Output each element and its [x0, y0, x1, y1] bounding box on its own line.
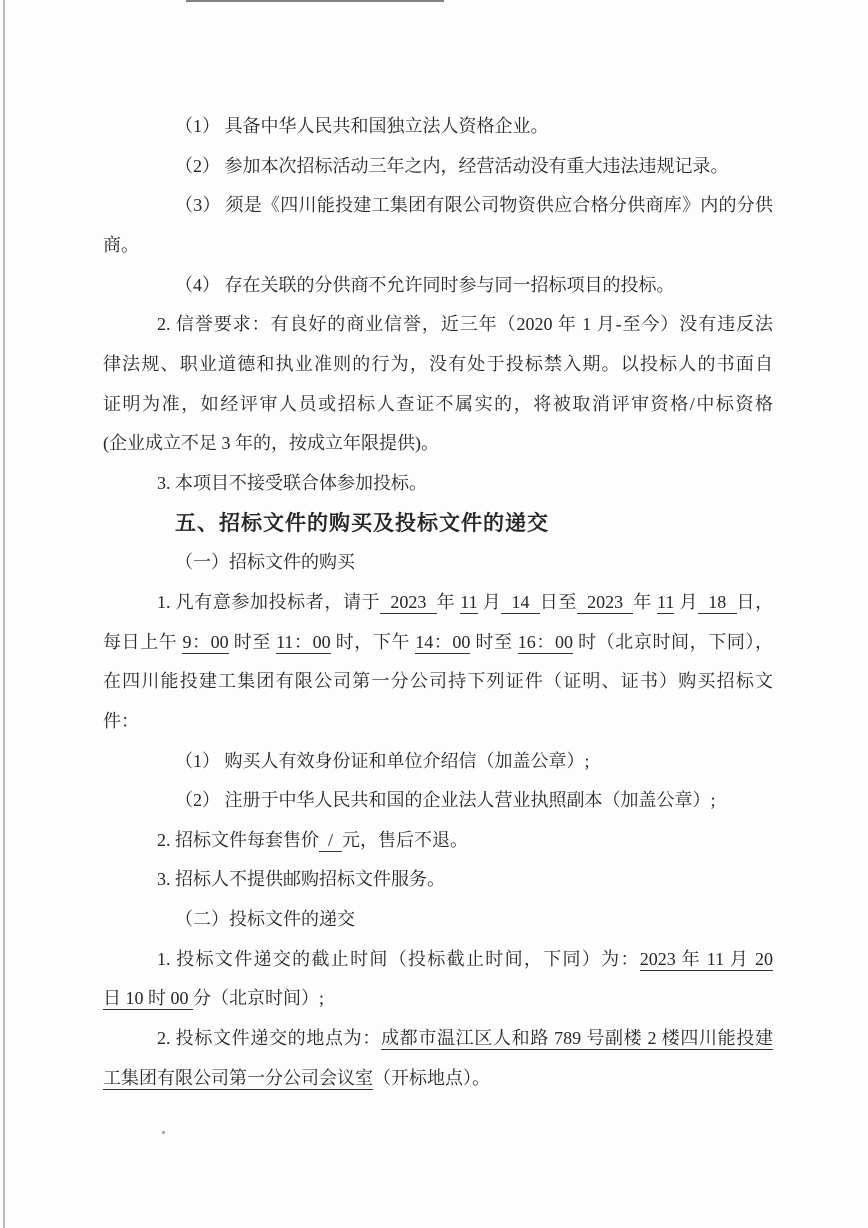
text-line: 1. 投标文件递交的截止时间（投标截止时间，下同）为：2023 年 11 月 2…: [103, 940, 773, 980]
text-line: 3. 本项目不接受联合体参加投标。: [103, 464, 773, 504]
text-line: 1. 凡有意参加投标者，请于 2023 年 11 月 14 日至 2023 年 …: [103, 583, 773, 623]
text-line: 3. 招标人不提供邮购招标文件服务。: [103, 860, 773, 900]
text-segment: 3. 招标人不提供邮购招标文件服务。: [157, 869, 445, 889]
text-segment: （1） 购买人有效身份证和单位介绍信（加盖公章）;: [175, 751, 590, 771]
text-segment: 日至: [540, 592, 577, 612]
text-line: （二）投标文件的递交: [103, 900, 773, 940]
text-segment: 2. 投标文件递交的地点为：: [157, 1028, 381, 1048]
underlined-text: 11: [657, 592, 674, 614]
underlined-text: 11: [460, 592, 477, 614]
text-segment: 2. 信誉要求：有良好的商业信誉，近三年（2020 年 1 月-至今）没有违反法: [157, 314, 773, 334]
text-segment: 3. 本项目不接受联合体参加投标。: [157, 473, 427, 493]
scan-edge-artifact-top: [186, 0, 444, 2]
text-line: 商。: [103, 226, 773, 266]
text-segment: （2） 注册于中华人民共和国的企业法人营业执照副本（加盖公章）;: [175, 790, 716, 810]
document-body: （1） 具备中华人民共和国独立法人资格企业。（2） 参加本次招标活动三年之内，经…: [103, 107, 773, 1098]
text-line: （1） 购买人有效身份证和单位介绍信（加盖公章）;: [103, 742, 773, 782]
text-line: 日 10 时 00 分（北京时间）;: [103, 979, 773, 1019]
underlined-text: 9：00: [182, 632, 228, 654]
text-line: （3） 须是《四川能投建工集团有限公司物资供应合格分供商库》内的分供: [103, 186, 773, 226]
text-line: 证明为准，如经评审人员或招标人查证不属实的，将被取消评审资格/中标资格: [103, 385, 773, 425]
text-segment: 2. 招标文件每套售价: [157, 830, 319, 850]
text-line: 在四川能投建工集团有限公司第一分公司持下列证件（证明、证书）购买招标文: [103, 662, 773, 702]
text-segment: 1. 凡有意参加投标者，请于: [157, 592, 380, 612]
scan-speck-artifact: [162, 1131, 165, 1134]
underlined-text: 2023: [380, 592, 436, 614]
text-segment: 五、招标文件的购买及投标文件的递交: [175, 512, 549, 535]
underlined-text: 2023 年 11 月 20: [640, 949, 773, 971]
text-line: （4） 存在关联的分供商不允许同时参与同一招标项目的投标。: [103, 266, 773, 306]
text-segment: （一）招标文件的购买: [175, 552, 355, 572]
underlined-text: 日 10 时 00: [103, 988, 193, 1010]
text-segment: （1） 具备中华人民共和国独立法人资格企业。: [175, 116, 549, 136]
text-segment: 每日上午: [103, 632, 182, 652]
text-segment: （3） 须是《四川能投建工集团有限公司物资供应合格分供商库》内的分供: [175, 195, 773, 215]
text-segment: 日，: [737, 592, 774, 612]
document-page: { "page": { "background": "#fdfdfe", "te…: [0, 0, 868, 1228]
underlined-text: /: [319, 830, 342, 852]
text-segment: 月: [478, 592, 502, 612]
section-heading: 五、招标文件的购买及投标文件的递交: [103, 504, 773, 544]
text-segment: 1. 投标文件递交的截止时间（投标截止时间，下同）为：: [157, 949, 640, 969]
text-line: （1） 具备中华人民共和国独立法人资格企业。: [103, 107, 773, 147]
text-line: (企业成立不足 3 年的，按成立年限提供)。: [103, 424, 773, 464]
text-line: 2. 投标文件递交的地点为：成都市温江区人和路 789 号副楼 2 楼四川能投建: [103, 1019, 773, 1059]
text-segment: （二）投标文件的递交: [175, 909, 355, 929]
text-line: （2） 参加本次招标活动三年之内，经营活动没有重大违法违规记录。: [103, 147, 773, 187]
text-segment: （2） 参加本次招标活动三年之内，经营活动没有重大违法违规记录。: [175, 156, 729, 176]
text-segment: 年: [633, 592, 657, 612]
text-line: 每日上午 9：00 时至 11：00 时，下午 14：00 时至 16：00 时…: [103, 623, 773, 663]
text-segment: 时至: [470, 632, 517, 652]
text-segment: 元，售后不退。: [342, 830, 468, 850]
underlined-text: 14：00: [415, 632, 470, 654]
text-segment: 商。: [103, 235, 139, 255]
text-segment: 年: [437, 592, 461, 612]
underlined-text: 11：00: [276, 632, 331, 654]
text-line: 律法规、职业道德和执业准则的行为，没有处于投标禁入期。以投标人的书面自: [103, 345, 773, 385]
text-line: 2. 招标文件每套售价 / 元，售后不退。: [103, 821, 773, 861]
text-segment: （开标地点）。: [373, 1068, 490, 1088]
underlined-text: 16：00: [518, 632, 573, 654]
text-segment: 律法规、职业道德和执业准则的行为，没有处于投标禁入期。以投标人的书面自: [103, 354, 773, 374]
text-line: （一）招标文件的购买: [103, 543, 773, 583]
underlined-text: 成都市温江区人和路 789 号副楼 2 楼四川能投建: [381, 1028, 773, 1050]
underlined-text: 2023: [577, 592, 633, 614]
text-line: 2. 信誉要求：有良好的商业信誉，近三年（2020 年 1 月-至今）没有违反法: [103, 305, 773, 345]
text-segment: 月: [674, 592, 698, 612]
text-line: 工集团有限公司第一分公司会议室（开标地点）。: [103, 1059, 773, 1099]
text-segment: 证明为准，如经评审人员或招标人查证不属实的，将被取消评审资格/中标资格: [103, 394, 773, 414]
text-segment: 时至: [229, 632, 276, 652]
underlined-text: 14: [501, 592, 539, 614]
underlined-text: 工集团有限公司第一分公司会议室: [103, 1068, 373, 1090]
text-segment: （4） 存在关联的分供商不允许同时参与同一招标项目的投标。: [175, 275, 675, 295]
scan-edge-artifact-left: [3, 0, 5, 1228]
text-segment: 时，下午: [331, 632, 416, 652]
text-line: （2） 注册于中华人民共和国的企业法人营业执照副本（加盖公章）;: [103, 781, 773, 821]
underlined-text: 18: [698, 592, 736, 614]
text-segment: 时（北京时间，下同），: [573, 632, 773, 652]
text-line: 件：: [103, 702, 773, 742]
text-segment: (企业成立不足 3 年的，按成立年限提供)。: [103, 433, 439, 453]
text-segment: 分（北京时间）;: [193, 988, 324, 1008]
text-segment: 件：: [103, 711, 139, 731]
text-segment: 在四川能投建工集团有限公司第一分公司持下列证件（证明、证书）购买招标文: [103, 671, 773, 691]
